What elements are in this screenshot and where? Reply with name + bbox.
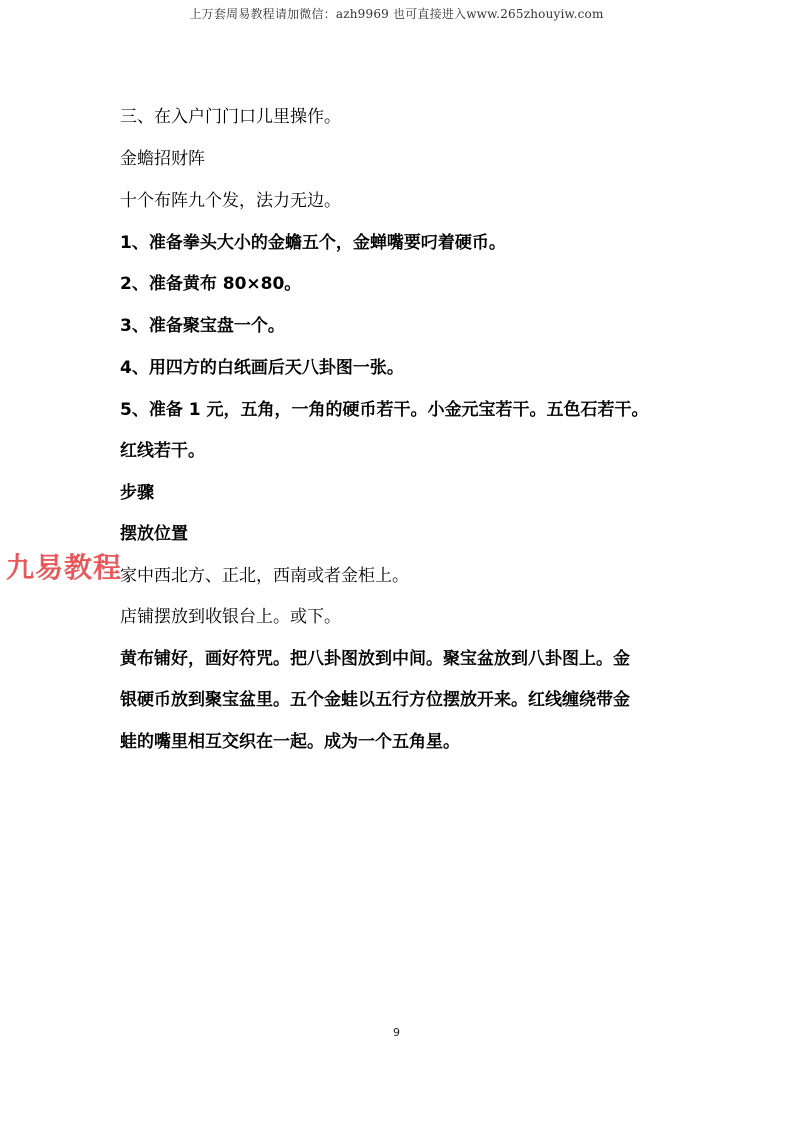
paragraph: 蛙的嘴里相互交织在一起。成为一个五角星。 xyxy=(120,731,460,753)
subtitle: 金蟾招财阵 xyxy=(120,148,205,170)
paragraph: 银硬币放到聚宝盆里。五个金蛙以五行方位摆放开来。红线缠绕带金 xyxy=(120,689,630,711)
list-item: 2、准备黄布 80×80。 xyxy=(120,273,301,295)
paragraph: 十个布阵九个发，法力无边。 xyxy=(120,190,341,212)
list-item: 4、用四方的白纸画后天八卦图一张。 xyxy=(120,357,404,379)
paragraph: 黄布铺好，画好符咒。把八卦图放到中间。聚宝盆放到八卦图上。金 xyxy=(120,648,630,670)
list-item: 1、准备拳头大小的金蟾五个，金蝉嘴要叼着硬币。 xyxy=(120,232,506,254)
section-heading: 三、在入户门门口儿里操作。 xyxy=(120,106,341,128)
list-item-continuation: 红线若干。 xyxy=(120,440,205,462)
paragraph: 家中西北方、正北，西南或者金柜上。 xyxy=(120,565,409,587)
subheading-placement: 摆放位置 xyxy=(120,523,188,545)
subheading-steps: 步骤 xyxy=(120,482,154,504)
watermark-logo: 九易教程 xyxy=(6,546,122,586)
paragraph: 店铺摆放到收银台上。或下。 xyxy=(120,606,341,628)
list-item: 3、准备聚宝盘一个。 xyxy=(120,315,285,337)
page-header-banner: 上万套周易教程请加微信：azh9969 也可直接进入www.265zhouyiw… xyxy=(0,5,793,22)
page-number: 9 xyxy=(0,1026,793,1039)
list-item: 5、准备 1 元，五角，一角的硬币若干。小金元宝若干。五色石若干。 xyxy=(120,399,649,421)
